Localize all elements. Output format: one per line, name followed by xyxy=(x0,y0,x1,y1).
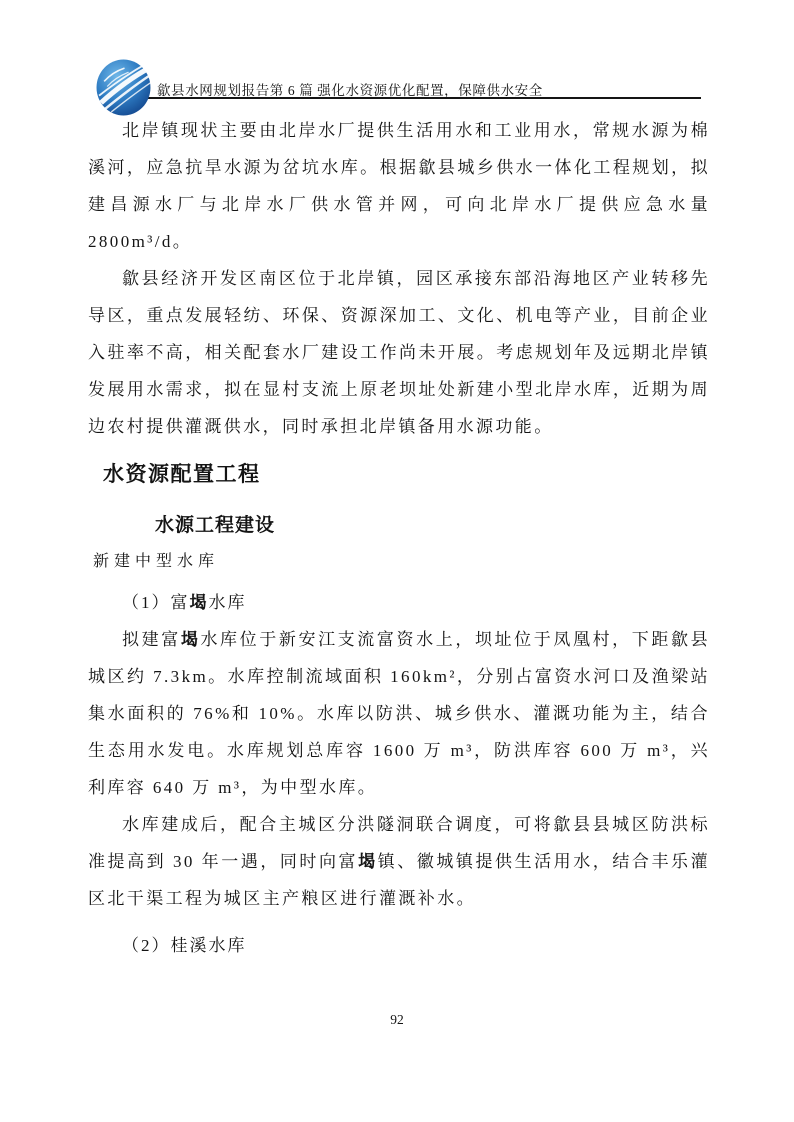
body-paragraph-fuye-reservoir-benefits: 水库建成后，配合主城区分洪隧洞联合调度，可将歙县县城区防洪标准提高到 30 年一… xyxy=(88,806,710,917)
minor-heading-new-medium-reservoirs: 新建中型水库 xyxy=(93,550,710,574)
list-item-fuye-reservoir: （1）富堨水库 xyxy=(88,584,710,621)
section-heading-water-resource-allocation: 水资源配置工程 xyxy=(103,461,710,489)
document-page: 歙县水网规划报告第 6 篇 强化水资源优化配置，保障供水安全 北岸镇现状主要由北… xyxy=(0,0,794,1122)
body-paragraph-north-bank-supply: 北岸镇现状主要由北岸水厂提供生活用水和工业用水，常规水源为棉溪河，应急抗旱水源为… xyxy=(88,112,710,260)
page-number: 92 xyxy=(0,1012,794,1028)
report-header-title: 歙县水网规划报告第 6 篇 强化水资源优化配置，保障供水安全 xyxy=(157,79,543,99)
body-paragraph-development-zone: 歙县经济开发区南区位于北岸镇，园区承接东部沿海地区产业转移先导区，重点发展轻纺、… xyxy=(88,260,710,445)
body-paragraph-fuye-reservoir-details: 拟建富堨水库位于新安江支流富资水上，坝址位于凤凰村，下距歙县城区约 7.3km。… xyxy=(88,621,710,806)
document-body: 北岸镇现状主要由北岸水厂提供生活用水和工业用水，常规水源为棉溪河，应急抗旱水源为… xyxy=(88,112,710,964)
list-item-guixi-reservoir: （2）桂溪水库 xyxy=(88,927,710,964)
subsection-heading-water-source-projects: 水源工程建设 xyxy=(155,514,710,538)
water-network-emblem-icon xyxy=(95,59,152,116)
